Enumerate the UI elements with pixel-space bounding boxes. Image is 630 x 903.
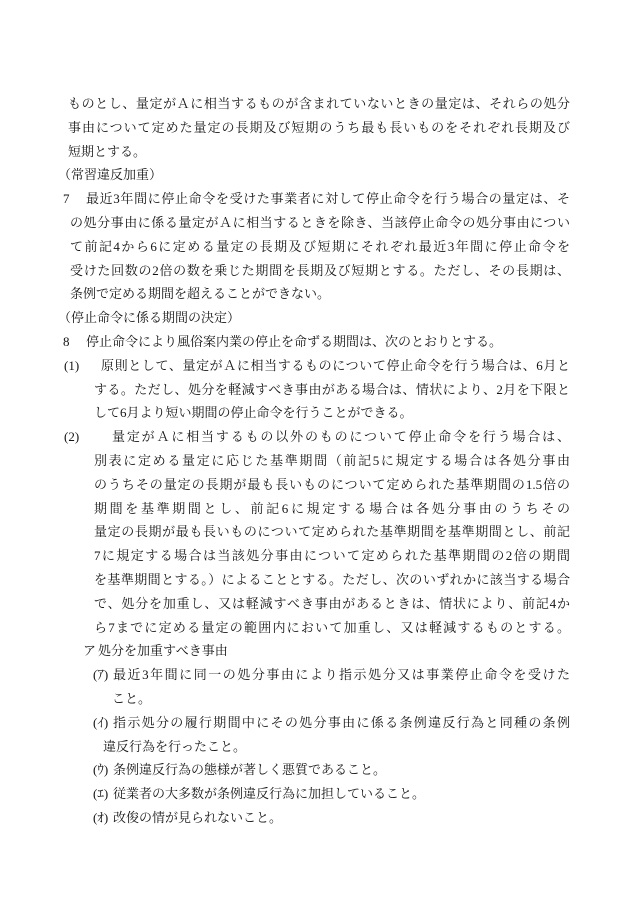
paragraph-continuation: ものとし、量定がＡに相当するものが含まれていないときの量定は、それらの処分 事由… <box>58 92 570 163</box>
line-text: 量定がＡに相当するもの以外のものについて停止命令を行う場合は、 <box>112 429 570 444</box>
paragraph-item-8: 8 停止命令により風俗案内業の停止を命ずる期間は、次のとおりとする。 <box>58 330 570 354</box>
item-marker: (2) <box>64 425 79 449</box>
text-line: で、処分を加重し、又は軽減すべき事由があるときは、情状により、前記4か <box>94 592 570 616</box>
line-text: 改俊の情が見られないこと。 <box>113 810 282 825</box>
paragraph-sub-1: (1) 原則として、量定がＡに相当するものについて停止命令を行う場合は、6月と … <box>58 354 570 425</box>
text-line: を基準期間とする。）によることとする。ただし、次のいずれかに該当する場合 <box>94 568 570 592</box>
line-text: 原則として、量定がＡに相当するものについて停止命令を行う場合は、6月と <box>101 358 570 373</box>
section-heading-teishi-meirei-kikan: （停止命令に係る期間の決定） <box>58 306 570 330</box>
paragraph-sub-2: (2) 量定がＡに相当するもの以外のものについて停止命令を行う場合は、 別表に定… <box>58 425 570 639</box>
text-line: 8 停止命令により風俗案内業の停止を命ずる期間は、次のとおりとする。 <box>70 330 570 354</box>
item-marker: (ｳ) <box>93 758 108 782</box>
line-text: 指示処分の履行期間中にその処分事由に係る条例違反行為と同種の条例 <box>113 715 570 730</box>
text-line: 量定の長期が最も長いものについて定められた基準期間を基準期間とし、前記 <box>94 520 570 544</box>
text-line: こと。 <box>112 687 570 711</box>
item-marker: (1) <box>64 354 79 378</box>
paragraph-kana-item-u: (ｳ) 条例違反行為の態様が著しく悪質であること。 <box>58 758 570 782</box>
paragraph-kana-item-e: (ｴ) 従業者の大多数が条例違反行為に加担していること。 <box>58 782 570 806</box>
text-line: 違反行為を行ったこと。 <box>103 735 570 759</box>
text-line: 短期とする。 <box>68 140 570 164</box>
text-line: 受けた回数の2倍の数を乗じた期間を長期及び短期とする。ただし、その長期は、 <box>70 259 570 283</box>
text-line: 別表に定める量定に応じた基準期間（前記5に規定する場合は各処分事由 <box>94 449 570 473</box>
line-text: 処分を加重すべき事由 <box>98 643 228 658</box>
text-line: (ｵ) 改俊の情が見られないこと。 <box>112 806 570 830</box>
text-line: 条例で定める期間を超えることができない。 <box>70 282 570 306</box>
item-marker: (ｲ) <box>93 711 108 735</box>
document-content: ものとし、量定がＡに相当するものが含まれていないときの量定は、それらの処分 事由… <box>0 0 630 830</box>
text-line: ら7までに定める量定の範囲内において加重し、又は軽減するものとする。 <box>94 616 570 640</box>
line-text: 従業者の大多数が条例違反行為に加担していること。 <box>113 786 425 801</box>
text-line: 事由について定めた量定の長期及び短期のうち最も長いものをそれぞれ長期及び <box>68 116 570 140</box>
text-line: ものとし、量定がＡに相当するものが含まれていないときの量定は、それらの処分 <box>68 92 570 116</box>
item-marker: ア <box>83 639 96 663</box>
text-line: て前記4から6に定める量定の長期及び短期にそれぞれ最近3年間に停止命令を <box>70 235 570 259</box>
paragraph-item-7: 7 最近3年間に停止命令を受けた事業者に対して停止命令を行う場合の量定は、そ の… <box>58 187 570 306</box>
heading-line: （停止命令に係る期間の決定） <box>58 306 570 330</box>
paragraph-kana-item-o: (ｵ) 改俊の情が見られないこと。 <box>58 806 570 830</box>
text-line: 7 最近3年間に停止命令を受けた事業者に対して停止命令を行う場合の量定は、そ <box>70 187 570 211</box>
item-marker: 7 <box>63 187 70 211</box>
text-line: の処分事由に係る量定がＡに相当するときを除き、当該停止命令の処分事由につい <box>70 211 570 235</box>
text-line: (1) 原則として、量定がＡに相当するものについて停止命令を行う場合は、6月と <box>94 354 570 378</box>
line-text: 条例違反行為の態様が著しく悪質であること。 <box>113 762 386 777</box>
paragraph-kana-item-a: (ｱ) 最近3年間に同一の処分事由により指示処分又は事業停止命令を受けた こと。 <box>58 663 570 711</box>
text-line: 期間を基準期間とし、前記6に規定する場合は各処分事由のうちその <box>94 497 570 521</box>
heading-line: （常習違反加重） <box>58 163 570 187</box>
line-text: 停止命令により風俗案内業の停止を命ずる期間は、次のとおりとする。 <box>86 334 502 349</box>
text-line: ア 処分を加重すべき事由 <box>83 639 570 663</box>
section-heading-joushuu-ihan-kajuu: （常習違反加重） <box>58 163 570 187</box>
paragraph-kana-heading-a: ア 処分を加重すべき事由 <box>58 639 570 663</box>
text-line: (ｱ) 最近3年間に同一の処分事由により指示処分又は事業停止命令を受けた <box>112 663 570 687</box>
text-line: する。ただし、処分を軽減すべき事由がある場合は、情状により、2月を下限と <box>94 378 570 402</box>
item-marker: (ｱ) <box>93 663 108 687</box>
document-page: ものとし、量定がＡに相当するものが含まれていないときの量定は、それらの処分 事由… <box>0 0 630 903</box>
line-text: 最近3年間に同一の処分事由により指示処分又は事業停止命令を受けた <box>113 667 570 682</box>
item-marker: (ｴ) <box>93 782 108 806</box>
item-marker: (ｵ) <box>93 806 108 830</box>
text-line: (ｳ) 条例違反行為の態様が著しく悪質であること。 <box>112 758 570 782</box>
text-line: して6月より短い期間の停止命令を行うことができる。 <box>94 401 570 425</box>
text-line: (ｲ) 指示処分の履行期間中にその処分事由に係る条例違反行為と同種の条例 <box>112 711 570 735</box>
paragraph-kana-item-i: (ｲ) 指示処分の履行期間中にその処分事由に係る条例違反行為と同種の条例 違反行… <box>58 711 570 759</box>
text-line: のうちその量定の長期が最も長いものについて定められた基準期間の1.5倍の <box>94 473 570 497</box>
text-line: 7に規定する場合は当該処分事由について定められた基準期間の2倍の期間 <box>94 544 570 568</box>
text-line: (2) 量定がＡに相当するもの以外のものについて停止命令を行う場合は、 <box>94 425 570 449</box>
item-marker: 8 <box>63 330 70 354</box>
text-line: (ｴ) 従業者の大多数が条例違反行為に加担していること。 <box>112 782 570 806</box>
line-text: 最近3年間に停止命令を受けた事業者に対して停止命令を行う場合の量定は、そ <box>86 191 570 206</box>
